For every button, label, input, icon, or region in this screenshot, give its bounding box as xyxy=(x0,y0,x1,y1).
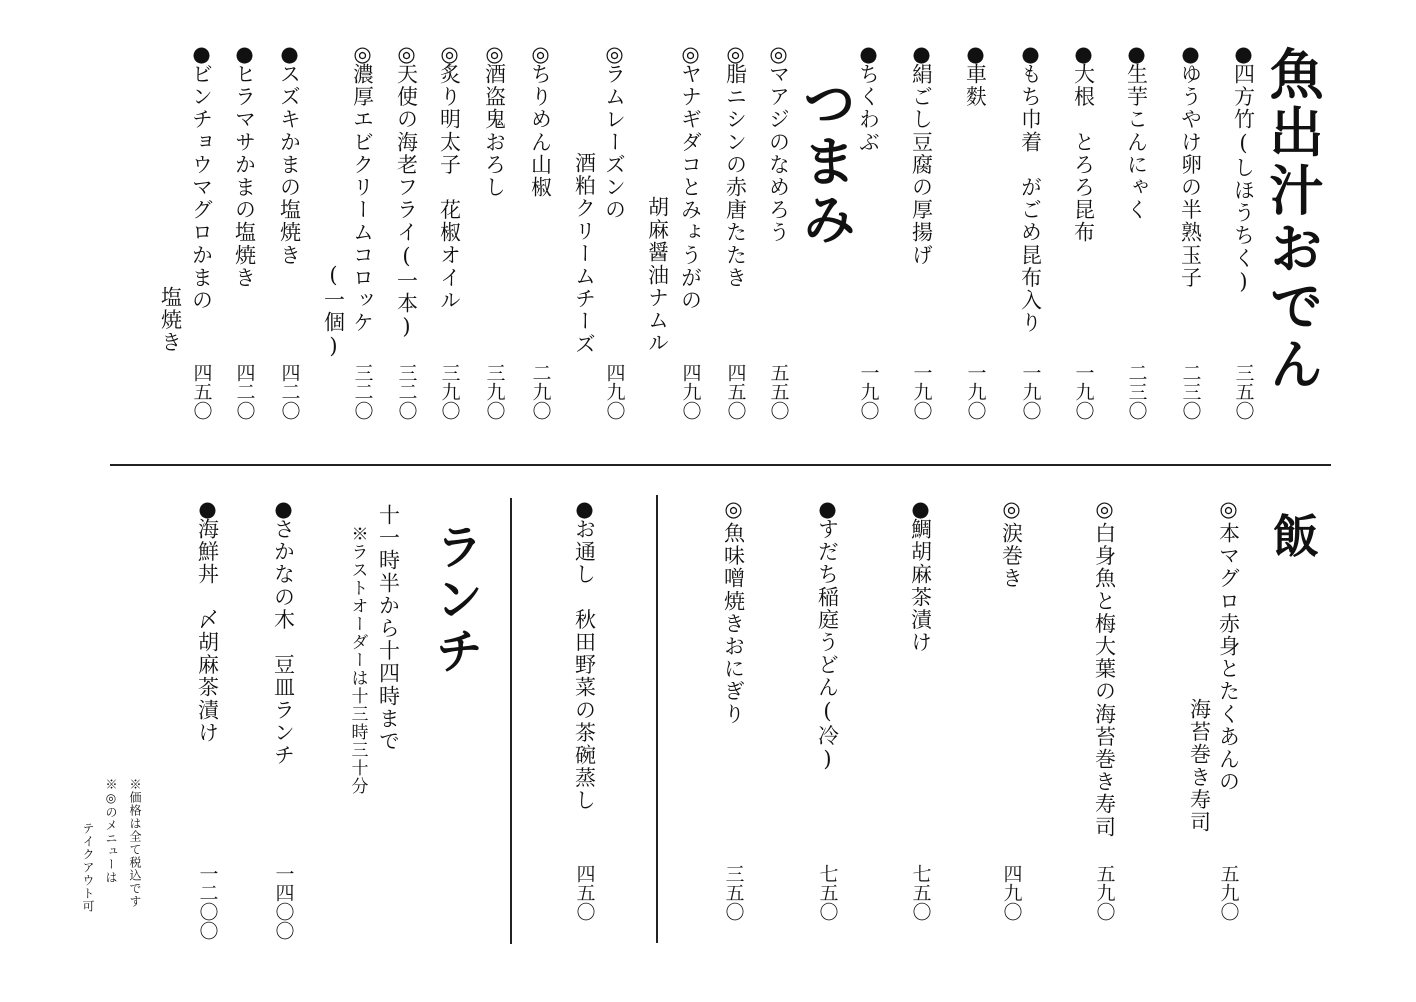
menu-item-name: 大根 とろろ昆布 xyxy=(1073,63,1094,244)
section-title-lunch: ランチ xyxy=(431,522,479,678)
menu-item-price: 三九〇 xyxy=(485,363,504,420)
menu-item-price: 七五〇 xyxy=(911,864,930,921)
menu-item-name: マアジのなめろう xyxy=(768,63,789,244)
menu-item-name: 生芋こんにゃく xyxy=(1126,63,1147,221)
menu-item-name: 白身魚と梅大葉の海苔巻き寿司 xyxy=(1094,522,1115,838)
menu-item-price: 三五〇 xyxy=(1234,363,1253,420)
section-title-tsumami: つまみ xyxy=(799,75,853,249)
vertical-divider-otoshi-lunch xyxy=(510,498,512,944)
menu-item-name: ラムレーズンの xyxy=(604,63,625,221)
lunch-last-order-note: ※ラストオーダーは十三時三十分 xyxy=(349,525,366,795)
menu-item-price: 一九〇 xyxy=(966,363,985,420)
menu-item-price: 一九〇 xyxy=(1074,363,1093,420)
menu-item-name: さかなの木 豆皿ランチ xyxy=(273,518,294,767)
menu-item-name: 涙巻き xyxy=(1001,522,1022,590)
menu-item-name: 鯛胡麻茶漬け xyxy=(910,518,931,654)
menu-item-name: すだち稲庭うどん(冷) xyxy=(817,518,838,773)
menu-item-price: 一九〇 xyxy=(859,363,878,420)
menu-item-name: 絹ごし豆腐の厚揚げ xyxy=(911,63,932,266)
menu-item-price: 三九〇 xyxy=(440,363,459,420)
menu-item-name: ビンチョウマグロかまの xyxy=(191,63,212,312)
menu-item-price: 二三〇 xyxy=(1181,363,1200,420)
menu-item-mark: ◎ xyxy=(723,497,744,523)
menu-item-price: 五五〇 xyxy=(769,363,788,420)
menu-item-name-line2: 海苔巻き寿司 xyxy=(1189,698,1210,834)
menu-item-name: お通し 秋田野菜の茶碗蒸し xyxy=(574,518,595,812)
menu-item-name: スズキかまの塩焼き xyxy=(279,63,300,266)
menu-item-name-line2: 胡麻醤油ナムル xyxy=(647,196,668,354)
menu-item-price: 四九〇 xyxy=(681,363,700,420)
menu-item-price: 二三〇 xyxy=(1127,363,1146,420)
section-title-oden: 魚出汁おでん xyxy=(1266,46,1320,394)
menu-item-name-line2: 酒粕クリームチーズ xyxy=(574,152,595,355)
menu-item-price: 三二〇 xyxy=(353,363,372,420)
horizontal-divider xyxy=(110,464,1331,466)
menu-item-price: 一二〇〇 xyxy=(198,864,217,940)
menu-item-price: 四九〇 xyxy=(605,363,624,420)
menu-item-name: 酒盗鬼おろし xyxy=(484,63,505,199)
menu-item-name: ゆうやけ卵の半熟玉子 xyxy=(1180,63,1201,289)
menu-item-price: 五九〇 xyxy=(1219,864,1238,921)
menu-item-price: 四二〇 xyxy=(280,363,299,420)
menu-item-mark: ◎ xyxy=(1094,497,1115,523)
menu-item-price: 三二〇 xyxy=(397,363,416,420)
menu-item-name: ちくわぶ xyxy=(858,63,879,153)
menu-item-price: 一九〇 xyxy=(1021,363,1040,420)
menu-item-name: 脂ニシンの赤唐たたき xyxy=(725,63,746,289)
menu-item-price: 四五〇 xyxy=(575,864,594,921)
menu-item-name: ちりめん山椒 xyxy=(530,63,551,199)
menu-item-price: 四九〇 xyxy=(1002,864,1021,921)
menu-item-name: ヤナギダコとみょうがの xyxy=(680,63,701,312)
menu-item-name-line2: 塩焼き xyxy=(160,286,181,354)
menu-item-name: 四方竹(しほうちく) xyxy=(1233,63,1254,295)
menu-item-name: もち巾着 がごめ昆布入り xyxy=(1020,63,1041,334)
menu-item-price: 四二〇 xyxy=(235,363,254,420)
vertical-divider-meshi-otoshi xyxy=(656,495,658,943)
menu-item-price: 七五〇 xyxy=(818,864,837,921)
menu-item-name: ヒラマサかまの塩焼き xyxy=(234,63,255,289)
lunch-hours: 十一時半から十四時まで xyxy=(378,504,399,753)
menu-item-mark: ◎ xyxy=(1001,497,1022,523)
footnote-takeout-line2: テイクアウト可 xyxy=(82,822,94,913)
menu-item-price: 一九〇 xyxy=(912,363,931,420)
footnote-takeout: ※◎のメニューは xyxy=(105,778,117,884)
menu-item-price: 四五〇 xyxy=(726,363,745,420)
menu-item-name-line2: (一個) xyxy=(323,263,344,359)
menu-item-mark: ◎ xyxy=(1218,497,1239,523)
menu-item-price: 四五〇 xyxy=(192,363,211,420)
section-title-meshi: 飯 xyxy=(1270,512,1316,562)
menu-item-name: 濃厚エビクリームコロッケ xyxy=(352,63,373,334)
menu-item-price: 五九〇 xyxy=(1095,864,1114,921)
menu-item-name: 炙り明太子 花椒オイル xyxy=(439,63,460,312)
footnote-tax: ※価格は全て税込です xyxy=(129,778,141,908)
menu-item-name: 車麩 xyxy=(965,63,986,108)
menu-item-price: 三五〇 xyxy=(724,864,743,921)
menu-item-price: 二九〇 xyxy=(531,363,550,420)
menu-item-name: 本マグロ赤身とたくあんの xyxy=(1218,522,1239,793)
menu-item-name: 天使の海老フライ(一本) xyxy=(396,63,417,340)
menu-item-name: 魚味噌焼きおにぎり xyxy=(723,522,744,725)
menu-item-price: 一四〇〇 xyxy=(274,864,293,940)
menu-item-name: 海鮮丼 〆胡麻茶漬け xyxy=(197,518,218,744)
